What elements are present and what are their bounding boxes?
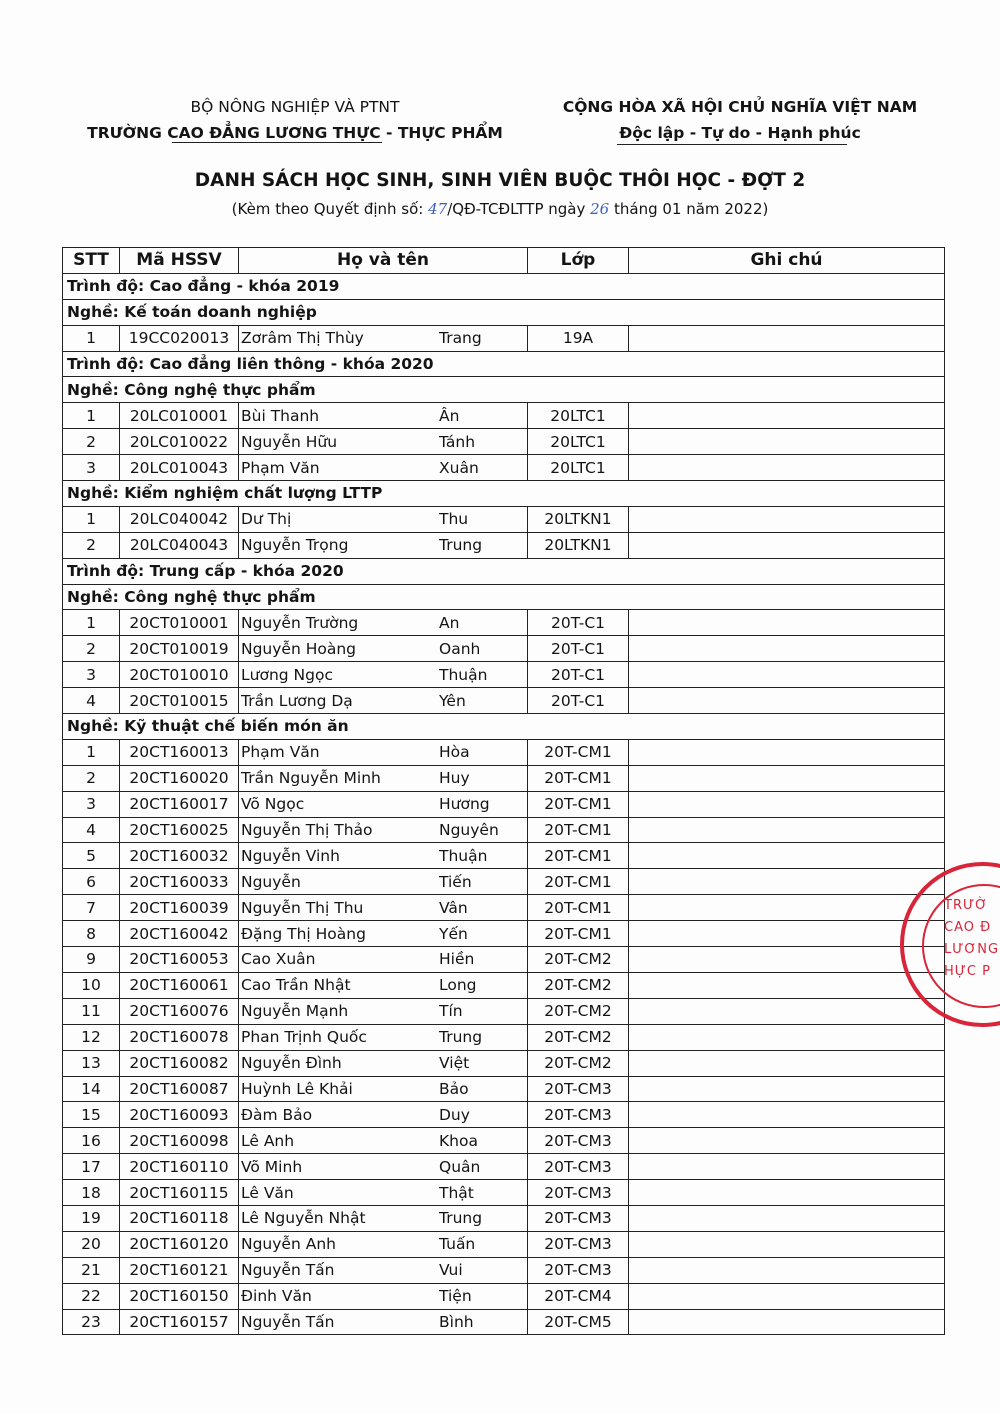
ministry-header: BỘ NÔNG NGHIỆP VÀ PTNT TRƯỜNG CAO ĐẲNG L… xyxy=(60,94,530,146)
table-row: 2320CT160157Nguyễn TấnBình20T-CM5 xyxy=(63,1309,945,1335)
cell-student-id: 20CT010001 xyxy=(120,610,239,636)
cell-class: 20T-CM3 xyxy=(528,1102,629,1128)
cell-surname: Võ Minh xyxy=(239,1154,436,1180)
cell-stt: 17 xyxy=(63,1154,120,1180)
cell-student-id: 20CT160157 xyxy=(120,1309,239,1335)
cell-surname: Bùi Thanh xyxy=(239,403,436,429)
table-row: 1020CT160061Cao Trần NhậtLong20T-CM2 xyxy=(63,972,945,998)
cell-given-name: Hòa xyxy=(435,739,528,765)
national-header: CỘNG HÒA XÃ HỘI CHỦ NGHĨA VIỆT NAM Độc l… xyxy=(540,94,940,146)
cell-stt: 3 xyxy=(63,791,120,817)
cell-student-id: 20CT160042 xyxy=(120,921,239,947)
cell-class: 20T-C1 xyxy=(528,636,629,662)
cell-class: 20T-CM2 xyxy=(528,998,629,1024)
cell-student-id: 20CT160053 xyxy=(120,947,239,973)
cell-note xyxy=(629,765,945,791)
cell-given-name: Khoa xyxy=(435,1128,528,1154)
cell-class: 20T-CM1 xyxy=(528,869,629,895)
cell-student-id: 20CT160110 xyxy=(120,1154,239,1180)
cell-class: 20T-CM1 xyxy=(528,791,629,817)
seal-text-line: LƯƠNG xyxy=(944,940,1000,960)
cell-given-name: Thuận xyxy=(435,662,528,688)
cell-surname: Nguyễn Tấn xyxy=(239,1257,436,1283)
cell-surname: Trần Nguyễn Minh xyxy=(239,765,436,791)
cell-class: 20T-CM3 xyxy=(528,1180,629,1206)
cell-student-id: 20CT160061 xyxy=(120,972,239,998)
table-row: 220CT160020Trần Nguyễn MinhHuy20T-CM1 xyxy=(63,765,945,791)
cell-note xyxy=(629,947,945,973)
cell-note xyxy=(629,1257,945,1283)
cell-student-id: 20LC010022 xyxy=(120,429,239,455)
cell-surname: Nguyễn Đình xyxy=(239,1050,436,1076)
table-row: 420CT160025Nguyễn Thị ThảoNguyên20T-CM1 xyxy=(63,817,945,843)
table-row: 820CT160042Đặng Thị HoàngYến20T-CM1 xyxy=(63,921,945,947)
cell-surname: Lê Nguyễn Nhật xyxy=(239,1205,436,1231)
header-full-name: Họ và tên xyxy=(239,248,528,274)
cell-given-name: Hương xyxy=(435,791,528,817)
cell-note xyxy=(629,1076,945,1102)
cell-student-id: 20CT160082 xyxy=(120,1050,239,1076)
cell-stt: 10 xyxy=(63,972,120,998)
cell-surname: Cao Trần Nhật xyxy=(239,972,436,998)
cell-student-id: 20LC040043 xyxy=(120,532,239,558)
cell-stt: 2 xyxy=(63,636,120,662)
cell-stt: 16 xyxy=(63,1128,120,1154)
cell-note xyxy=(629,610,945,636)
cell-class: 20T-CM1 xyxy=(528,765,629,791)
group-heading: Trình độ: Cao đẳng liên thông - khóa 202… xyxy=(63,351,945,377)
cell-stt: 2 xyxy=(63,765,120,791)
cell-class: 20T-CM2 xyxy=(528,972,629,998)
cell-note xyxy=(629,455,945,481)
cell-note xyxy=(629,1102,945,1128)
cell-stt: 19 xyxy=(63,1205,120,1231)
cell-surname: Nguyễn xyxy=(239,869,436,895)
cell-stt: 4 xyxy=(63,688,120,714)
table-row: 120CT010001Nguyễn TrườngAn20T-C1 xyxy=(63,610,945,636)
cell-given-name: Huy xyxy=(435,765,528,791)
cell-stt: 3 xyxy=(63,455,120,481)
cell-surname: Võ Ngọc xyxy=(239,791,436,817)
cell-note xyxy=(629,506,945,532)
cell-note xyxy=(629,869,945,895)
cell-class: 20LTC1 xyxy=(528,429,629,455)
cell-stt: 3 xyxy=(63,662,120,688)
cell-note xyxy=(629,895,945,921)
group-heading-row: Nghề: Công nghệ thực phẩm xyxy=(63,377,945,403)
table-row: 220LC010022Nguyễn HữuTánh20LTC1 xyxy=(63,429,945,455)
cell-student-id: 19CC020013 xyxy=(120,325,239,351)
cell-surname: Đặng Thị Hoàng xyxy=(239,921,436,947)
group-heading-row: Nghề: Kỹ thuật chế biến món ăn xyxy=(63,714,945,740)
cell-class: 20T-CM1 xyxy=(528,817,629,843)
cell-class: 20LTKN1 xyxy=(528,532,629,558)
cell-given-name: Ân xyxy=(435,403,528,429)
document-title: DANH SÁCH HỌC SINH, SINH VIÊN BUỘC THÔI … xyxy=(0,170,1000,191)
cell-surname: Cao Xuân xyxy=(239,947,436,973)
cell-note xyxy=(629,1231,945,1257)
cell-student-id: 20CT160098 xyxy=(120,1128,239,1154)
cell-student-id: 20CT010019 xyxy=(120,636,239,662)
cell-note xyxy=(629,1180,945,1206)
cell-class: 20T-CM2 xyxy=(528,1050,629,1076)
cell-surname: Nguyễn Vinh xyxy=(239,843,436,869)
cell-given-name: Bảo xyxy=(435,1076,528,1102)
cell-note xyxy=(629,791,945,817)
cell-note xyxy=(629,843,945,869)
cell-surname: Lê Anh xyxy=(239,1128,436,1154)
cell-given-name: Trung xyxy=(435,1205,528,1231)
cell-surname: Nguyễn Thị Thảo xyxy=(239,817,436,843)
cell-surname: Phan Trịnh Quốc xyxy=(239,1024,436,1050)
table-row: 1820CT160115Lê VănThật20T-CM3 xyxy=(63,1180,945,1206)
cell-student-id: 20CT160093 xyxy=(120,1102,239,1128)
cell-student-id: 20CT160118 xyxy=(120,1205,239,1231)
group-heading: Nghề: Công nghệ thực phẩm xyxy=(63,584,945,610)
cell-stt: 7 xyxy=(63,895,120,921)
cell-stt: 6 xyxy=(63,869,120,895)
cell-given-name: Thật xyxy=(435,1180,528,1206)
cell-given-name: Vân xyxy=(435,895,528,921)
seal-text-line: TRƯỜ xyxy=(944,896,1000,916)
table-row: 1920CT160118Lê Nguyễn NhậtTrung20T-CM3 xyxy=(63,1205,945,1231)
cell-class: 20T-CM3 xyxy=(528,1231,629,1257)
cell-given-name: Oanh xyxy=(435,636,528,662)
cell-note xyxy=(629,1050,945,1076)
cell-student-id: 20CT010010 xyxy=(120,662,239,688)
cell-given-name: Bình xyxy=(435,1309,528,1335)
table-row: 920CT160053Cao XuânHiền20T-CM2 xyxy=(63,947,945,973)
cell-student-id: 20CT160013 xyxy=(120,739,239,765)
cell-student-id: 20CT160039 xyxy=(120,895,239,921)
table-row: 120LC010001Bùi ThanhÂn20LTC1 xyxy=(63,403,945,429)
cell-surname: Nguyễn Hữu xyxy=(239,429,436,455)
cell-student-id: 20CT160087 xyxy=(120,1076,239,1102)
cell-stt: 14 xyxy=(63,1076,120,1102)
group-heading: Nghề: Kỹ thuật chế biến món ăn xyxy=(63,714,945,740)
cell-class: 20T-CM3 xyxy=(528,1257,629,1283)
cell-student-id: 20CT160033 xyxy=(120,869,239,895)
cell-given-name: Hiền xyxy=(435,947,528,973)
group-heading: Nghề: Công nghệ thực phẩm xyxy=(63,377,945,403)
cell-class: 20T-C1 xyxy=(528,662,629,688)
cell-stt: 9 xyxy=(63,947,120,973)
table-row: 320CT010010Lương NgọcThuận20T-C1 xyxy=(63,662,945,688)
table-row: 1120CT160076Nguyễn MạnhTín20T-CM2 xyxy=(63,998,945,1024)
cell-stt: 20 xyxy=(63,1231,120,1257)
cell-note xyxy=(629,739,945,765)
cell-stt: 8 xyxy=(63,921,120,947)
cell-student-id: 20CT160032 xyxy=(120,843,239,869)
student-table: STT Mã HSSV Họ và tên Lớp Ghi chú Trình … xyxy=(62,247,945,1335)
cell-class: 20T-CM1 xyxy=(528,895,629,921)
table-row: 320LC010043Phạm VănXuân20LTC1 xyxy=(63,455,945,481)
cell-class: 20T-CM4 xyxy=(528,1283,629,1309)
table-row: 420CT010015Trần Lương DạYên20T-C1 xyxy=(63,688,945,714)
motto-underline xyxy=(617,144,847,145)
cell-surname: Nguyễn Hoàng xyxy=(239,636,436,662)
cell-student-id: 20CT160121 xyxy=(120,1257,239,1283)
cell-class: 20T-C1 xyxy=(528,688,629,714)
school-name-underline xyxy=(172,142,382,143)
cell-stt: 2 xyxy=(63,429,120,455)
cell-student-id: 20LC010043 xyxy=(120,455,239,481)
cell-given-name: An xyxy=(435,610,528,636)
cell-given-name: Thu xyxy=(435,506,528,532)
table-row: 119CC020013Zơrâm Thị ThùyTrang19A xyxy=(63,325,945,351)
subtitle-suffix: tháng 01 năm 2022) xyxy=(609,200,768,218)
cell-given-name: Tánh xyxy=(435,429,528,455)
cell-stt: 2 xyxy=(63,532,120,558)
table-row: 520CT160032Nguyễn VinhThuận20T-CM1 xyxy=(63,843,945,869)
cell-surname: Nguyễn Trọng xyxy=(239,532,436,558)
cell-class: 20T-CM3 xyxy=(528,1205,629,1231)
cell-student-id: 20CT160078 xyxy=(120,1024,239,1050)
table-row: 320CT160017Võ NgọcHương20T-CM1 xyxy=(63,791,945,817)
group-heading-row: Nghề: Kiểm nghiệm chất lượng LTTP xyxy=(63,481,945,507)
decision-number: 47 xyxy=(428,200,447,218)
cell-note xyxy=(629,688,945,714)
cell-surname: Nguyễn Tấn xyxy=(239,1309,436,1335)
cell-class: 20LTKN1 xyxy=(528,506,629,532)
cell-given-name: Tuấn xyxy=(435,1231,528,1257)
cell-note xyxy=(629,1154,945,1180)
table-row: 1720CT160110Võ MinhQuân20T-CM3 xyxy=(63,1154,945,1180)
cell-stt: 15 xyxy=(63,1102,120,1128)
cell-surname: Nguyễn Mạnh xyxy=(239,998,436,1024)
cell-given-name: Yến xyxy=(435,921,528,947)
cell-given-name: Trung xyxy=(435,532,528,558)
cell-given-name: Trang xyxy=(435,325,528,351)
table-row: 2220CT160150Đinh VănTiện20T-CM4 xyxy=(63,1283,945,1309)
cell-surname: Nguyễn Anh xyxy=(239,1231,436,1257)
header-student-id: Mã HSSV xyxy=(120,248,239,274)
group-heading-row: Trình độ: Cao đẳng liên thông - khóa 202… xyxy=(63,351,945,377)
cell-stt: 23 xyxy=(63,1309,120,1335)
table-row: 1420CT160087Huỳnh Lê KhảiBảo20T-CM3 xyxy=(63,1076,945,1102)
cell-student-id: 20CT160150 xyxy=(120,1283,239,1309)
cell-note xyxy=(629,1283,945,1309)
cell-note xyxy=(629,1024,945,1050)
cell-note xyxy=(629,662,945,688)
group-heading-row: Trình độ: Trung cấp - khóa 2020 xyxy=(63,558,945,584)
cell-class: 20T-CM3 xyxy=(528,1154,629,1180)
cell-given-name: Long xyxy=(435,972,528,998)
group-heading-row: Nghề: Công nghệ thực phẩm xyxy=(63,584,945,610)
cell-surname: Trần Lương Dạ xyxy=(239,688,436,714)
cell-stt: 1 xyxy=(63,506,120,532)
cell-stt: 1 xyxy=(63,403,120,429)
cell-class: 20T-CM2 xyxy=(528,1024,629,1050)
cell-stt: 1 xyxy=(63,610,120,636)
cell-class: 20T-CM1 xyxy=(528,843,629,869)
cell-given-name: Việt xyxy=(435,1050,528,1076)
table-row: 620CT160033NguyễnTiến20T-CM1 xyxy=(63,869,945,895)
cell-class: 20T-C1 xyxy=(528,610,629,636)
cell-student-id: 20CT160025 xyxy=(120,817,239,843)
cell-surname: Nguyễn Thị Thu xyxy=(239,895,436,921)
national-title: CỘNG HÒA XÃ HỘI CHỦ NGHĨA VIỆT NAM xyxy=(540,94,940,120)
group-heading: Nghề: Kiểm nghiệm chất lượng LTTP xyxy=(63,481,945,507)
cell-surname: Đàm Bảo xyxy=(239,1102,436,1128)
cell-stt: 1 xyxy=(63,739,120,765)
cell-class: 20T-CM5 xyxy=(528,1309,629,1335)
cell-surname: Lương Ngọc xyxy=(239,662,436,688)
seal-text-line: HỰC P xyxy=(944,962,1000,982)
cell-stt: 18 xyxy=(63,1180,120,1206)
cell-student-id: 20CT160076 xyxy=(120,998,239,1024)
cell-note xyxy=(629,403,945,429)
cell-student-id: 20CT160115 xyxy=(120,1180,239,1206)
cell-surname: Zơrâm Thị Thùy xyxy=(239,325,436,351)
cell-note xyxy=(629,972,945,998)
cell-class: 20T-CM2 xyxy=(528,947,629,973)
cell-note xyxy=(629,1309,945,1335)
cell-given-name: Duy xyxy=(435,1102,528,1128)
cell-given-name: Tiến xyxy=(435,869,528,895)
table-row: 120LC040042Dư ThịThu20LTKN1 xyxy=(63,506,945,532)
cell-class: 20T-CM1 xyxy=(528,921,629,947)
cell-stt: 13 xyxy=(63,1050,120,1076)
cell-surname: Lê Văn xyxy=(239,1180,436,1206)
cell-stt: 12 xyxy=(63,1024,120,1050)
seal-text-line: CAO Đ xyxy=(944,918,1000,938)
cell-class: 20T-CM1 xyxy=(528,739,629,765)
cell-stt: 21 xyxy=(63,1257,120,1283)
table-header-row: STT Mã HSSV Họ và tên Lớp Ghi chú xyxy=(63,248,945,274)
cell-student-id: 20CT160020 xyxy=(120,765,239,791)
cell-class: 19A xyxy=(528,325,629,351)
cell-given-name: Nguyên xyxy=(435,817,528,843)
header-class: Lớp xyxy=(528,248,629,274)
cell-surname: Đinh Văn xyxy=(239,1283,436,1309)
cell-class: 20T-CM3 xyxy=(528,1076,629,1102)
group-heading-row: Trình độ: Cao đẳng - khóa 2019 xyxy=(63,273,945,299)
cell-note xyxy=(629,1205,945,1231)
cell-note xyxy=(629,817,945,843)
cell-class: 20LTC1 xyxy=(528,455,629,481)
cell-surname: Nguyễn Trường xyxy=(239,610,436,636)
group-heading: Trình độ: Cao đẳng - khóa 2019 xyxy=(63,273,945,299)
cell-student-id: 20CT010015 xyxy=(120,688,239,714)
header-stt: STT xyxy=(63,248,120,274)
table-row: 2020CT160120Nguyễn AnhTuấn20T-CM3 xyxy=(63,1231,945,1257)
subtitle-prefix: (Kèm theo Quyết định số: xyxy=(232,200,428,218)
table-row: 2120CT160121Nguyễn TấnVui20T-CM3 xyxy=(63,1257,945,1283)
cell-note xyxy=(629,1128,945,1154)
cell-surname: Dư Thị xyxy=(239,506,436,532)
cell-given-name: Quân xyxy=(435,1154,528,1180)
cell-given-name: Tiện xyxy=(435,1283,528,1309)
cell-note xyxy=(629,532,945,558)
cell-given-name: Tín xyxy=(435,998,528,1024)
cell-given-name: Trung xyxy=(435,1024,528,1050)
cell-student-id: 20LC010001 xyxy=(120,403,239,429)
cell-surname: Phạm Văn xyxy=(239,455,436,481)
ministry-name: BỘ NÔNG NGHIỆP VÀ PTNT xyxy=(60,94,530,120)
cell-note xyxy=(629,429,945,455)
table-row: 120CT160013Phạm VănHòa20T-CM1 xyxy=(63,739,945,765)
cell-class: 20T-CM3 xyxy=(528,1128,629,1154)
cell-note xyxy=(629,921,945,947)
group-heading: Nghề: Kế toán doanh nghiệp xyxy=(63,299,945,325)
cell-class: 20LTC1 xyxy=(528,403,629,429)
table-row: 1620CT160098Lê AnhKhoa20T-CM3 xyxy=(63,1128,945,1154)
cell-note xyxy=(629,636,945,662)
cell-student-id: 20LC040042 xyxy=(120,506,239,532)
decision-day: 26 xyxy=(590,200,609,218)
cell-stt: 1 xyxy=(63,325,120,351)
cell-student-id: 20CT160017 xyxy=(120,791,239,817)
table-row: 220CT010019Nguyễn HoàngOanh20T-C1 xyxy=(63,636,945,662)
cell-given-name: Xuân xyxy=(435,455,528,481)
header-note: Ghi chú xyxy=(629,248,945,274)
cell-stt: 11 xyxy=(63,998,120,1024)
document-subtitle: (Kèm theo Quyết định số: 47/QĐ-TCĐLTTP n… xyxy=(0,200,1000,218)
cell-note xyxy=(629,325,945,351)
table-row: 1320CT160082Nguyễn ĐìnhViệt20T-CM2 xyxy=(63,1050,945,1076)
cell-stt: 22 xyxy=(63,1283,120,1309)
cell-stt: 5 xyxy=(63,843,120,869)
table-row: 720CT160039Nguyễn Thị ThuVân20T-CM1 xyxy=(63,895,945,921)
cell-surname: Phạm Văn xyxy=(239,739,436,765)
cell-note xyxy=(629,998,945,1024)
table-row: 1220CT160078Phan Trịnh QuốcTrung20T-CM2 xyxy=(63,1024,945,1050)
cell-given-name: Thuận xyxy=(435,843,528,869)
cell-student-id: 20CT160120 xyxy=(120,1231,239,1257)
subtitle-middle: /QĐ-TCĐLTTP ngày xyxy=(447,200,590,218)
group-heading: Trình độ: Trung cấp - khóa 2020 xyxy=(63,558,945,584)
national-motto: Độc lập - Tự do - Hạnh phúc xyxy=(540,120,940,146)
cell-given-name: Vui xyxy=(435,1257,528,1283)
group-heading-row: Nghề: Kế toán doanh nghiệp xyxy=(63,299,945,325)
cell-given-name: Yên xyxy=(435,688,528,714)
cell-stt: 4 xyxy=(63,817,120,843)
cell-surname: Huỳnh Lê Khải xyxy=(239,1076,436,1102)
table-row: 220LC040043Nguyễn TrọngTrung20LTKN1 xyxy=(63,532,945,558)
table-row: 1520CT160093Đàm BảoDuy20T-CM3 xyxy=(63,1102,945,1128)
